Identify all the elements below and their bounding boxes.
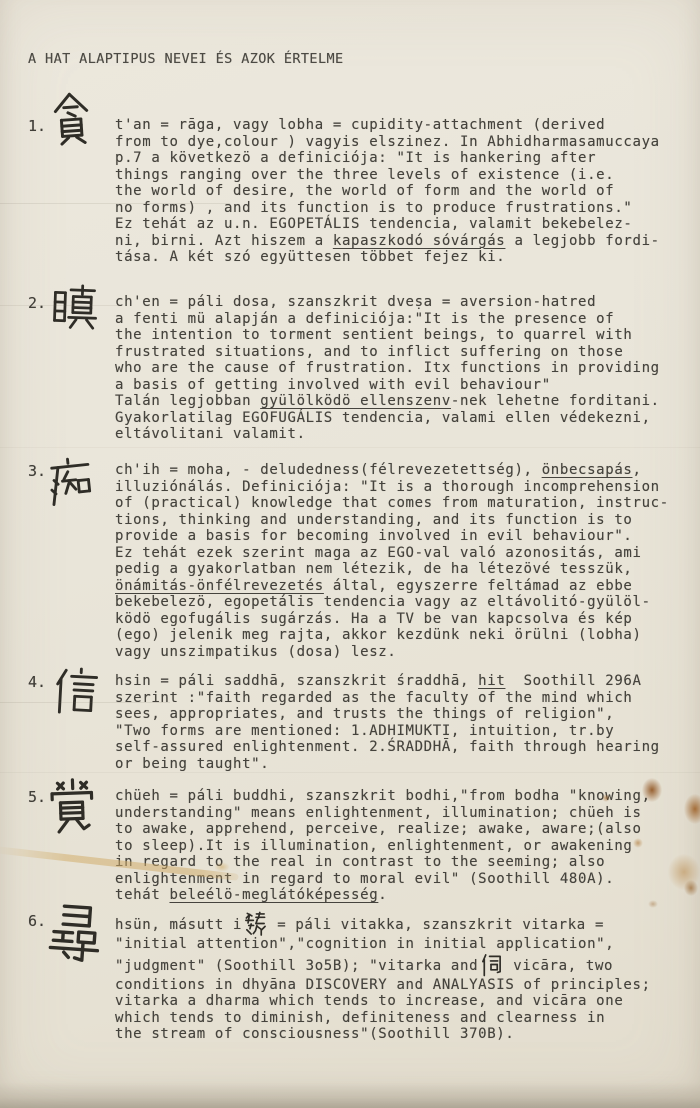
text-line: "initial attention","cognition in initia… — [115, 936, 680, 953]
text-segment: p.7 a következö a definiciója: "It is ha… — [115, 150, 596, 166]
text-segment: frustrated situations, and to inflict su… — [115, 344, 623, 360]
text-line: szerint :"faith regarded as the faculty … — [115, 690, 680, 707]
text-segment: no forms) , and its function is to produ… — [115, 200, 633, 216]
text-line: Ez tehát az u.n. EGOPETÁLIS tendencia, v… — [115, 216, 680, 233]
text-line: to awake, apprehend, perceive, realize; … — [115, 821, 680, 838]
text-segment: "Two forms are mentioned: 1.ADHIMUKTI, i… — [115, 723, 614, 739]
text-line: illuziónálás. Definiciója: "It is a thor… — [115, 479, 680, 496]
hanzi-glyph-4 — [47, 664, 102, 719]
stain-blob — [684, 880, 698, 896]
text-segment: from to dye,colour ) vagyis elszinez. In… — [115, 134, 660, 150]
text-segment: or being taught". — [115, 756, 269, 772]
entry-text: ch'ih = moha, - deludedness(félrevezetet… — [115, 462, 680, 660]
text-segment: bekebelezö, egopetális tendencia vagy az… — [115, 594, 651, 610]
text-segment: understanding" means enlightenment, illu… — [115, 805, 642, 821]
text-segment: a fenti mü alapján a definiciója:"It is … — [115, 311, 614, 327]
text-segment: to sleep).It is illumination, enlightenm… — [115, 838, 633, 854]
text-line: self-assured enlightenment. 2.ŚRADDHĀ, f… — [115, 739, 680, 756]
text-segment: vitarka a dharma which tends to increase… — [115, 993, 623, 1009]
entry-2: 2.ch'en = páli dosa, szanszkrit dveṣa = … — [28, 294, 680, 443]
text-line: who are the cause of frustration. Itx fu… — [115, 360, 680, 377]
text-line: of (practical) knowledge that comes from… — [115, 495, 680, 512]
text-line: eltávolitani valamit. — [115, 426, 680, 443]
paper-crease — [0, 772, 700, 773]
text-line: ni, birni. Azt hiszem a kapaszkodó sóvár… — [115, 233, 680, 250]
underlined-text: önámitás-önfélrevezetés — [115, 578, 324, 594]
text-line: Ez tehát ezek szerint maga az EGO-val va… — [115, 545, 680, 562]
text-segment: "initial attention","cognition in initia… — [115, 936, 614, 952]
entry-5: 5.chüeh = páli buddhi, szanszkrit bodhi,… — [28, 788, 680, 904]
text-segment: which tends to diminish, definiteness an… — [115, 1010, 605, 1026]
text-line: Talán legjobban gyülölködö ellenszenv-ne… — [115, 393, 680, 410]
text-line: things ranging over the three levels of … — [115, 167, 680, 184]
stain-blob — [684, 794, 700, 824]
text-line: tása. A két szó együttesen többet fejez … — [115, 249, 680, 266]
text-segment: hsin = páli saddhā, szanszkrit śraddhā, — [115, 673, 478, 689]
text-line: a fenti mü alapján a definiciója:"It is … — [115, 311, 680, 328]
text-segment: Soothill 296A — [505, 673, 641, 689]
text-segment: the stream of consciousness"(Soothill 37… — [115, 1026, 514, 1042]
text-segment: ni, birni. Azt hiszem a — [115, 233, 333, 249]
text-line: chüeh = páli buddhi, szanszkrit bodhi,"f… — [115, 788, 680, 805]
text-segment: of (practical) knowledge that comes from… — [115, 495, 669, 511]
hanzi-glyph-6 — [42, 900, 108, 966]
text-line: hsün, másutt i = páli vitakka, szanszkri… — [115, 912, 680, 936]
text-line: provide a basis for becoming involved in… — [115, 528, 680, 545]
entry-1: 1.t'an = rāga, vagy lobha = cupidity-att… — [28, 117, 680, 266]
text-segment: eltávolitani valamit. — [115, 426, 306, 442]
entry-text: chüeh = páli buddhi, szanszkrit bodhi,"f… — [115, 788, 680, 904]
text-segment: the world of desire, the world of form a… — [115, 183, 614, 199]
entry-4: 4.hsin = páli saddhā, szanszkrit śraddhā… — [28, 673, 680, 772]
text-segment: -nek lehetne forditani. — [451, 393, 660, 409]
text-segment: pedig a gyakorlatban nem létezik, de ha … — [115, 561, 633, 577]
text-segment: ch'en = páli dosa, szanszkrit dveṣa = av… — [115, 294, 596, 310]
hanzi-glyph-2 — [47, 280, 99, 332]
document-title: A HAT ALAPTIPUS NEVEI ÉS AZOK ÉRTELME — [28, 51, 344, 67]
hanzi-glyph-1 — [42, 89, 100, 147]
entry-text: hsün, másutt i = páli vitakka, szanszkri… — [115, 912, 680, 1043]
page-bottom-edge — [0, 1082, 700, 1108]
text-segment: tions, thinking and understanding, and i… — [115, 512, 633, 528]
text-segment: conditions in dhyāna DISCOVERY and ANALY… — [115, 977, 651, 993]
text-segment: self-assured enlightenment. 2.ŚRADDHĀ, f… — [115, 739, 660, 755]
text-segment: tehát — [115, 887, 169, 903]
text-segment: to awake, apprehend, perceive, realize; … — [115, 821, 642, 837]
text-line: p.7 a következö a definiciója: "It is ha… — [115, 150, 680, 167]
entry-number: 4. — [28, 673, 46, 691]
text-line: the world of desire, the world of form a… — [115, 183, 680, 200]
text-segment: Ez tehát ezek szerint maga az EGO-val va… — [115, 545, 642, 561]
entry-number: 2. — [28, 294, 46, 312]
underlined-text: önbecsapás — [542, 462, 633, 478]
entry-text: hsin = páli saddhā, szanszkrit śraddhā, … — [115, 673, 680, 772]
paper-crease — [0, 447, 700, 448]
text-segment: chüeh = páli buddhi, szanszkrit bodhi,"f… — [115, 788, 651, 804]
entry-6: 6.hsün, másutt i = páli vitakka, szanszk… — [28, 912, 680, 1043]
text-segment: "judgment" (Soothill 3o5B); "vitarka and — [115, 958, 478, 974]
text-segment: things ranging over the three levels of … — [115, 167, 614, 183]
text-segment: the intention to torment sentient beings… — [115, 327, 633, 343]
text-segment: Ez tehát az u.n. EGOPETÁLIS tendencia, v… — [115, 216, 633, 232]
text-line: (ego) jelenik meg rajta, akkor kezdünk n… — [115, 627, 680, 644]
text-line: understanding" means enlightenment, illu… — [115, 805, 680, 822]
inline-hanzi-glyph — [243, 912, 267, 936]
text-segment: who are the cause of frustration. Itx fu… — [115, 360, 660, 376]
text-line: "judgment" (Soothill 3o5B); "vitarka and… — [115, 953, 680, 977]
text-line: which tends to diminish, definiteness an… — [115, 1010, 680, 1027]
text-segment: vicāra, two — [504, 958, 613, 974]
text-line: tehát beleélö-meglátóképesség. — [115, 887, 680, 904]
text-segment: ch'ih = moha, - deludedness(félrevezetet… — [115, 462, 542, 478]
text-segment: tása. A két szó együttesen többet fejez … — [115, 249, 505, 265]
text-line: önámitás-önfélrevezetés által, egyszerre… — [115, 578, 680, 595]
text-line: to sleep).It is illumination, enlightenm… — [115, 838, 680, 855]
text-segment: t'an = rāga, vagy lobha = cupidity-attac… — [115, 117, 605, 133]
text-line: hsin = páli saddhā, szanszkrit śraddhā, … — [115, 673, 680, 690]
text-line: vitarka a dharma which tends to increase… — [115, 993, 680, 1010]
text-segment: illuziónálás. Definiciója: "It is a thor… — [115, 479, 660, 495]
text-line: frustrated situations, and to inflict su… — [115, 344, 680, 361]
text-line: bekebelezö, egopetális tendencia vagy az… — [115, 594, 680, 611]
text-line: in regard to the real in contrast to the… — [115, 854, 680, 871]
text-line: no forms) , and its function is to produ… — [115, 200, 680, 217]
text-line: pedig a gyakorlatban nem létezik, de ha … — [115, 561, 680, 578]
text-segment: hsün, másutt i — [115, 917, 242, 933]
text-segment: provide a basis for becoming involved in… — [115, 528, 633, 544]
text-line: ködö egofugális sugárzás. Ha a TV be van… — [115, 611, 680, 628]
text-line: a basis of getting involved with evil be… — [115, 377, 680, 394]
text-segment: szerint :"faith regarded as the faculty … — [115, 690, 633, 706]
text-line: conditions in dhyāna DISCOVERY and ANALY… — [115, 977, 680, 994]
text-segment: . — [378, 887, 387, 903]
inline-hanzi-glyph — [479, 953, 503, 977]
scanned-document-page: A HAT ALAPTIPUS NEVEI ÉS AZOK ÉRTELME 1.… — [0, 0, 700, 1108]
text-segment: ködö egofugális sugárzás. Ha a TV be van… — [115, 611, 633, 627]
text-line: the stream of consciousness"(Soothill 37… — [115, 1026, 680, 1043]
text-line: t'an = rāga, vagy lobha = cupidity-attac… — [115, 117, 680, 134]
text-line: tions, thinking and understanding, and i… — [115, 512, 680, 529]
text-segment: sees, appropriates, and trusts the thing… — [115, 706, 614, 722]
text-segment: (ego) jelenik meg rajta, akkor kezdünk n… — [115, 627, 642, 643]
text-line: vagy unszimpatikus (dosa) lesz. — [115, 644, 680, 661]
text-line: Gyakorlatilag EGOFUGÁLIS tendencia, vala… — [115, 410, 680, 427]
text-line: or being taught". — [115, 756, 680, 773]
hanzi-glyph-3 — [41, 454, 98, 511]
text-segment: a basis of getting involved with evil be… — [115, 377, 551, 393]
text-segment: , — [633, 462, 642, 478]
underlined-text: gyülölködö ellenszenv — [260, 393, 451, 409]
text-line: ch'ih = moha, - deludedness(félrevezetet… — [115, 462, 680, 479]
underlined-text: hit — [478, 673, 505, 689]
text-segment: vagy unszimpatikus (dosa) lesz. — [115, 644, 396, 660]
text-segment: által, egyszerre feltámad az ebbe — [324, 578, 633, 594]
entry-text: ch'en = páli dosa, szanszkrit dveṣa = av… — [115, 294, 680, 443]
entry-3: 3.ch'ih = moha, - deludedness(félrevezet… — [28, 462, 680, 660]
text-segment: = páli vitakka, szanszkrit vitarka = — [268, 917, 604, 933]
text-line: from to dye,colour ) vagyis elszinez. In… — [115, 134, 680, 151]
text-line: sees, appropriates, and trusts the thing… — [115, 706, 680, 723]
entry-text: t'an = rāga, vagy lobha = cupidity-attac… — [115, 117, 680, 266]
text-line: the intention to torment sentient beings… — [115, 327, 680, 344]
text-line: "Two forms are mentioned: 1.ADHIMUKTI, i… — [115, 723, 680, 740]
text-segment: Talán legjobban — [115, 393, 260, 409]
text-line: ch'en = páli dosa, szanszkrit dveṣa = av… — [115, 294, 680, 311]
underlined-text: beleélö-meglátóképesség — [169, 887, 378, 903]
text-segment: a legjobb fordi- — [505, 233, 659, 249]
hanzi-glyph-5 — [41, 776, 101, 836]
underlined-text: kapaszkodó sóvárgás — [333, 233, 506, 249]
text-segment: Gyakorlatilag EGOFUGÁLIS tendencia, vala… — [115, 410, 651, 426]
